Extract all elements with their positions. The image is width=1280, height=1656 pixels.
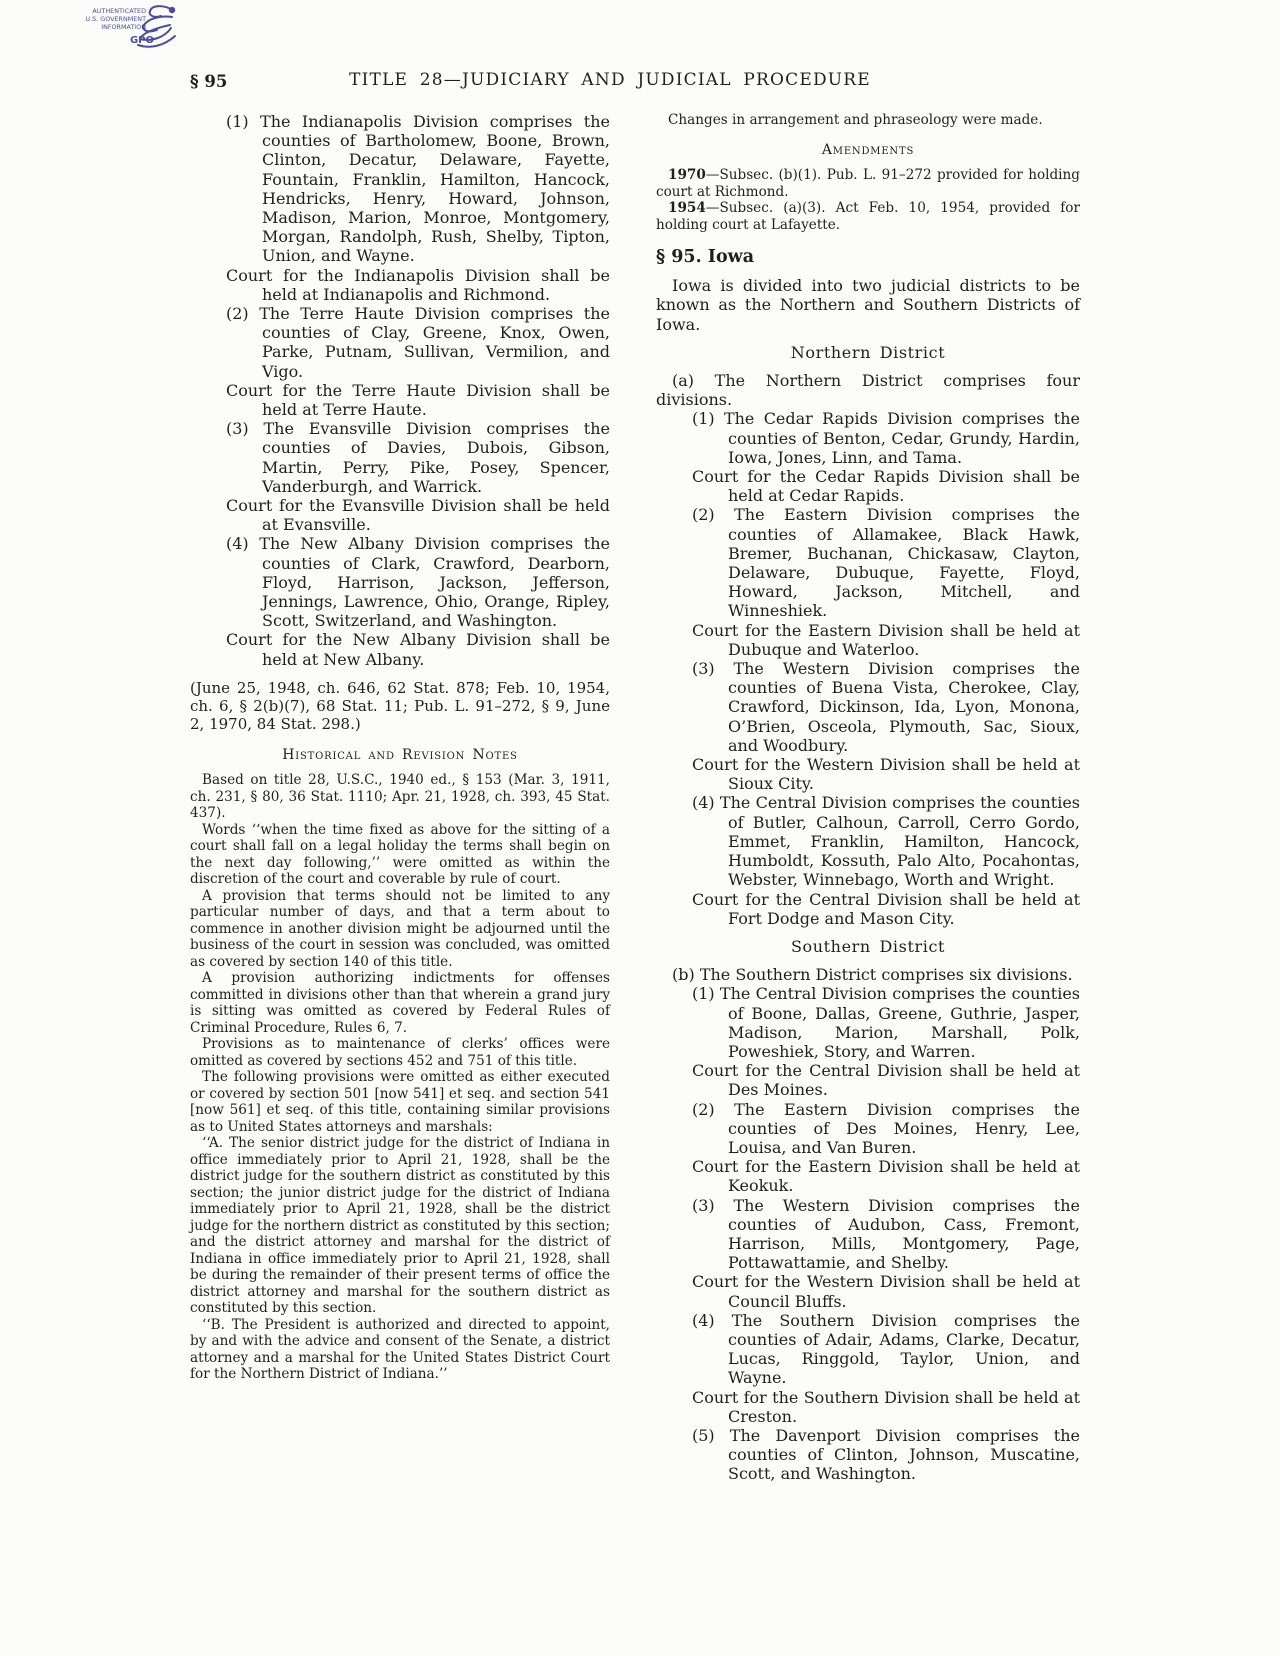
amendment-year: 1970 xyxy=(668,167,706,183)
page-section-number: § 95 xyxy=(190,72,227,91)
statute-item: (4) The Southern Division comprises the … xyxy=(656,1311,1080,1388)
page-title: TITLE 28—JUDICIARY AND JUDICIAL PROCEDUR… xyxy=(190,70,1030,90)
source-credit: (June 25, 1948, ch. 646, 62 Stat. 878; F… xyxy=(190,679,610,734)
amendments-heading: Amendments xyxy=(656,142,1080,159)
left-column: (1) The Indianapolis Division comprises … xyxy=(190,112,610,1383)
note-paragraph: Changes in arrangement and phraseology w… xyxy=(656,112,1080,129)
note-paragraph: The following provisions were omitted as… xyxy=(190,1069,610,1135)
court-line: Court for the Cedar Rapids Division shal… xyxy=(656,467,1080,505)
note-paragraph: A provision that terms should not be lim… xyxy=(190,888,610,971)
amendment-note: 1970—Subsec. (b)(1). Pub. L. 91–272 prov… xyxy=(656,167,1080,200)
eagle-head xyxy=(169,7,175,13)
statute-item: (1) The Indianapolis Division comprises … xyxy=(190,112,610,266)
statute-item: (3) The Western Division comprises the c… xyxy=(656,1196,1080,1273)
court-line: Court for the Indianapolis Division shal… xyxy=(190,266,610,304)
amendment-year: 1954 xyxy=(668,200,706,216)
statute-paragraph: Iowa is divided into two judicial distri… xyxy=(656,276,1080,334)
statute-item: (4) The Central Division comprises the c… xyxy=(656,793,1080,889)
right-column: Changes in arrangement and phraseology w… xyxy=(656,112,1080,1484)
statute-item: (2) The Eastern Division comprises the c… xyxy=(656,505,1080,620)
logo-line-1: AUTHENTICATED xyxy=(92,7,146,15)
document-page: AUTHENTICATED U.S. GOVERNMENT INFORMATIO… xyxy=(0,0,1280,1656)
statute-paragraph: (b) The Southern District comprises six … xyxy=(656,965,1080,984)
statute-item: (2) The Eastern Division comprises the c… xyxy=(656,1100,1080,1158)
court-line: Court for the Western Division shall be … xyxy=(656,755,1080,793)
note-paragraph: Based on title 28, U.S.C., 1940 ed., § 1… xyxy=(190,772,610,822)
note-paragraph: ‘‘B. The President is authorized and dir… xyxy=(190,1317,610,1383)
note-paragraph: Provisions as to maintenance of clerks’ … xyxy=(190,1036,610,1069)
court-line: Court for the Eastern Division shall be … xyxy=(656,621,1080,659)
statute-item: (1) The Cedar Rapids Division comprises … xyxy=(656,409,1080,467)
notes-heading: Historical and Revision Notes xyxy=(190,747,610,764)
statute-item: (3) The Western Division comprises the c… xyxy=(656,659,1080,755)
court-line: Court for the Central Division shall be … xyxy=(656,1061,1080,1099)
court-line: Court for the New Albany Division shall … xyxy=(190,630,610,668)
logo-line-2: U.S. GOVERNMENT xyxy=(85,15,146,23)
statute-item: (3) The Evansville Division comprises th… xyxy=(190,419,610,496)
gpo-eagle-icon: AUTHENTICATED U.S. GOVERNMENT INFORMATIO… xyxy=(82,2,182,54)
court-line: Court for the Western Division shall be … xyxy=(656,1272,1080,1310)
statute-item: (1) The Central Division comprises the c… xyxy=(656,984,1080,1061)
note-paragraph: Words ‘‘when the time fixed as above for… xyxy=(190,822,610,888)
district-heading: Northern District xyxy=(656,343,1080,362)
district-heading: Southern District xyxy=(656,937,1080,956)
running-head: § 95 TITLE 28—JUDICIARY AND JUDICIAL PRO… xyxy=(190,70,1030,94)
court-line: Court for the Evansville Division shall … xyxy=(190,496,610,534)
court-line: Court for the Terre Haute Division shall… xyxy=(190,381,610,419)
amendment-text: —Subsec. (b)(1). Pub. L. 91–272 provided… xyxy=(656,167,1080,200)
note-paragraph: ‘‘A. The senior district judge for the d… xyxy=(190,1135,610,1317)
court-line: Court for the Central Division shall be … xyxy=(656,890,1080,928)
section-heading: § 95. Iowa xyxy=(656,248,1080,267)
logo-line-3: INFORMATION xyxy=(101,23,146,31)
statute-paragraph: (a) The Northern District comprises four… xyxy=(656,371,1080,409)
statute-item: (2) The Terre Haute Division comprises t… xyxy=(190,304,610,381)
gpo-logo: AUTHENTICATED U.S. GOVERNMENT INFORMATIO… xyxy=(82,2,182,58)
court-line: Court for the Eastern Division shall be … xyxy=(656,1157,1080,1195)
amendment-note: 1954—Subsec. (a)(3). Act Feb. 10, 1954, … xyxy=(656,200,1080,233)
amendment-text: —Subsec. (a)(3). Act Feb. 10, 1954, prov… xyxy=(656,200,1080,233)
statute-item: (4) The New Albany Division comprises th… xyxy=(190,534,610,630)
statute-item: (5) The Davenport Division comprises the… xyxy=(656,1426,1080,1484)
court-line: Court for the Southern Division shall be… xyxy=(656,1388,1080,1426)
note-paragraph: A provision authorizing indictments for … xyxy=(190,970,610,1036)
